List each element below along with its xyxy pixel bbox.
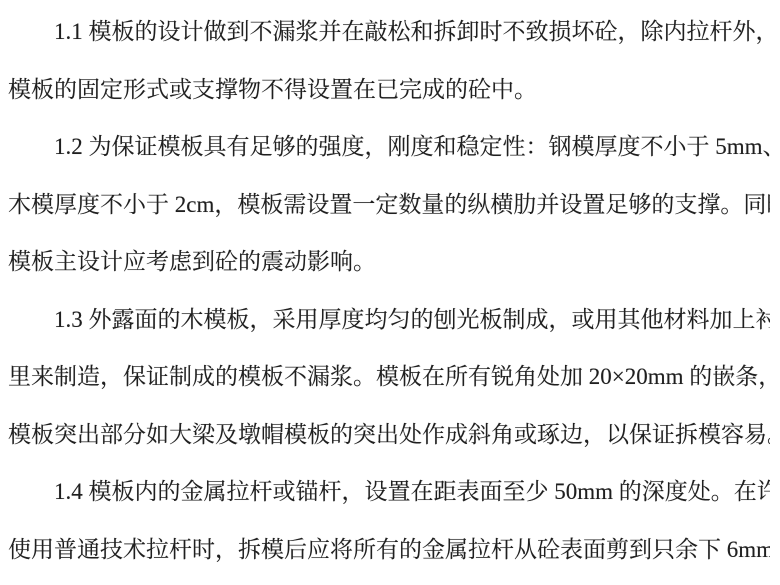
document-page: 1.1 模板的设计做到不漏浆并在敲松和拆卸时不致损坏砼，除内拉杆外， 模板的固定…: [0, 0, 780, 585]
paragraph-1-4-line-1: 1.4 模板内的金属拉杆或锚杆，设置在距表面至少 50mm 的深度处。在许可: [8, 463, 770, 521]
paragraph-1-2-line-1: 1.2 为保证模板具有足够的强度，刚度和稳定性：钢模厚度不小于 5mm、: [8, 118, 770, 176]
paragraph-1-3-line-2: 里来制造，保证制成的模板不漏浆。模板在所有锐角处加 20×20mm 的嵌条，: [8, 348, 770, 406]
paragraph-1-4-line-2: 使用普通技术拉杆时，拆模后应将所有的金属拉杆从砼表面剪到只余下 6mm。: [8, 521, 770, 579]
scanned-document-viewport: { "document": { "language": "zh-CN", "ba…: [0, 0, 780, 585]
paragraph-1-2-line-3: 模板主设计应考虑到砼的震动影响。: [8, 233, 770, 291]
paragraph-1-3-line-3: 模板突出部分如大梁及墩帽模板的突出处作成斜角或琢边，以保证拆模容易。: [8, 406, 770, 464]
paragraph-1-1-line-1: 1.1 模板的设计做到不漏浆并在敲松和拆卸时不致损坏砼，除内拉杆外，: [8, 3, 770, 61]
paragraph-1-3-line-1: 1.3 外露面的木模板，采用厚度均匀的刨光板制成，或用其他材料加上衬: [8, 291, 770, 349]
paragraph-1-1-line-2: 模板的固定形式或支撑物不得设置在已完成的砼中。: [8, 61, 770, 119]
paragraph-1-2-line-2: 木模厚度不小于 2cm，模板需设置一定数量的纵横肋并设置足够的支撑。同时: [8, 176, 770, 234]
